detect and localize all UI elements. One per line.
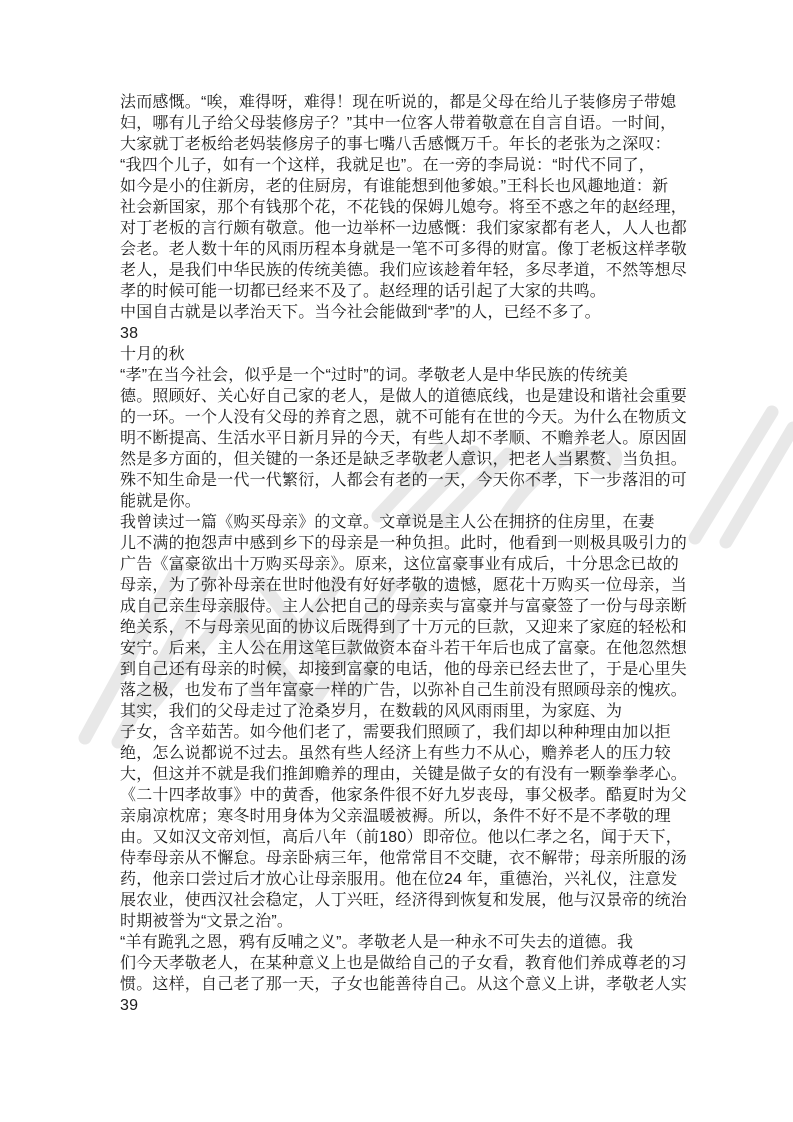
text-line: 侍奉母亲从不懈怠。母亲卧病三年，他常常目不交睫，衣不解带；母亲所服的汤 [120, 848, 705, 869]
text-line: 明不断提高、生活水平日新月异的今天，有些人却不孝顺、不赡养老人。原因固 [120, 428, 705, 449]
text-line: 大家就丁老板给老妈装修房子的事七嘴八舌感慨万千。年长的老张为之深叹： [120, 134, 705, 155]
text-line: 老人，是我们中华民族的传统美德。我们应该趁着年轻，多尽孝道，不然等想尽 [120, 260, 705, 281]
text-block: 法而感慨。“唉，难得呀，难得！现在听说的，都是父母在给儿子装修房子带媳 妇，哪有… [120, 92, 705, 1016]
text-line: 法而感慨。“唉，难得呀，难得！现在听说的，都是父母在给儿子装修房子带媳 [120, 92, 705, 113]
text-line: 孝的时候可能一切都已经来不及了。赵经理的话引起了大家的共鸣。 [120, 281, 705, 302]
text-line: 《二十四孝故事》中的黄香，他家条件很不好九岁丧母，事父极孝。酷夏时为父 [120, 785, 705, 806]
text-line: 其实，我们的父母走过了沧桑岁月，在数载的风风雨雨里，为家庭、为 [120, 701, 705, 722]
text-line: 妇，哪有儿子给父母装修房子？”其中一位客人带着敬意在自言自语。一时间， [120, 113, 705, 134]
text-line: 亲扇凉枕席；寒冬时用身体为父亲温暖被褥。所以，条件不好不是不孝敬的理 [120, 806, 705, 827]
text-line: 对丁老板的言行颇有敬意。他一边举杯一边感慨：我们家家都有老人，人人也都 [120, 218, 705, 239]
text-line: “羊有跪乳之恩，鸦有反哺之义”。孝敬老人是一种永不可失去的道德。我 [120, 932, 705, 953]
text-line: 然是多方面的，但关键的一条还是缺乏孝敬老人意识，把老人当累赘、当负担。 [120, 449, 705, 470]
text-line: 展农业，使西汉社会稳定，人丁兴旺，经济得到恢复和发展，他与汉景帝的统治 [120, 890, 705, 911]
text-line: 中国自古就是以孝治天下。当今社会能做到“孝”的人，已经不多了。 [120, 302, 705, 323]
text-line: 到自己还有母亲的时候，却接到富豪的电话，他的母亲已经去世了，于是心里失 [120, 659, 705, 680]
text-line: 安宁。后来，主人公在用这笔巨款做资本奋斗若干年后也成了富豪。在他忽然想 [120, 638, 705, 659]
text-line: “我四个儿子，如有一个这样，我就足也”。在一旁的李局说：“时代不同了， [120, 155, 705, 176]
text-line: 绝关系，不与母亲见面的协议后既得到了十万元的巨款，又迎来了家庭的轻松和 [120, 617, 705, 638]
text-line: “孝”在当今社会，似乎是一个“过时”的词。孝敬老人是中华民族的传统美 [120, 365, 705, 386]
text-line: 广告《富豪欲出十万购买母亲》。原来，这位富豪事业有成后，十分思念已故的 [120, 554, 705, 575]
text-line: 的一环。一个人没有父母的养育之恩，就不可能有在世的今天。为什么在物质文 [120, 407, 705, 428]
page-number-39: 39 [120, 995, 705, 1016]
page-number-38: 38 [120, 323, 705, 344]
text-line: 由。又如汉文帝刘恒，高后八年（前180）即帝位。他以仁孝之名，闻于天下， [120, 827, 705, 848]
text-line: 时期被誉为“文景之治”。 [120, 911, 705, 932]
text-line: 药，他亲口尝过后才放心让母亲服用。他在位24 年，重德治，兴礼仪，注意发 [120, 869, 705, 890]
text-line: 成自己亲生母亲服侍。主人公把自己的母亲卖与富豪并与富豪签了一份与母亲断 [120, 596, 705, 617]
text-line: 子女，含辛茹苦。如今他们老了，需要我们照顾了，我们却以种种理由加以拒 [120, 722, 705, 743]
text-line: 落之极，也发布了当年富豪一样的广告，以弥补自己生前没有照顾母亲的愧疚。 [120, 680, 705, 701]
text-line: 大，但这并不就是我们推卸赡养的理由，关键是做子女的有没有一颗拳拳孝心。 [120, 764, 705, 785]
text-line: 儿不满的抱怨声中感到乡下的母亲是一种负担。此时，他看到一则极具吸引力的 [120, 533, 705, 554]
essay-title: 十月的秋 [120, 344, 705, 365]
text-line: 们今天孝敬老人，在某种意义上也是做给自己的子女看，教育他们养成尊老的习 [120, 953, 705, 974]
text-line: 殊不知生命是一代一代繁衍，人都会有老的一天，今天你不孝，下一步落泪的可 [120, 470, 705, 491]
text-line: 德。照顾好、关心好自己家的老人，是做人的道德底线，也是建设和谐社会重要 [120, 386, 705, 407]
text-line: 惯。这样，自己老了那一天，子女也能善待自己。从这个意义上讲，孝敬老人实 [120, 974, 705, 995]
text-line: 能就是你。 [120, 491, 705, 512]
document-page: 法而感慨。“唉，难得呀，难得！现在听说的，都是父母在给儿子装修房子带媳 妇，哪有… [0, 0, 793, 1122]
text-line: 绝，怎么说都说不过去。虽然有些人经济上有些力不从心，赡养老人的压力较 [120, 743, 705, 764]
text-line: 社会新国家，那个有钱那个花，不花钱的保姆儿媳夸。将至不惑之年的赵经理， [120, 197, 705, 218]
text-line: 会老。老人数十年的风雨历程本身就是一笔不可多得的财富。像丁老板这样孝敬 [120, 239, 705, 260]
text-line: 如今是小的住新房，老的住厨房，有谁能想到他爹娘。”王科长也风趣地道：新 [120, 176, 705, 197]
text-line: 母亲，为了弥补母亲在世时他没有好好孝敬的遗憾，愿花十万购买一位母亲，当 [120, 575, 705, 596]
text-line: 我曾读过一篇《购买母亲》的文章。文章说是主人公在拥挤的住房里，在妻 [120, 512, 705, 533]
